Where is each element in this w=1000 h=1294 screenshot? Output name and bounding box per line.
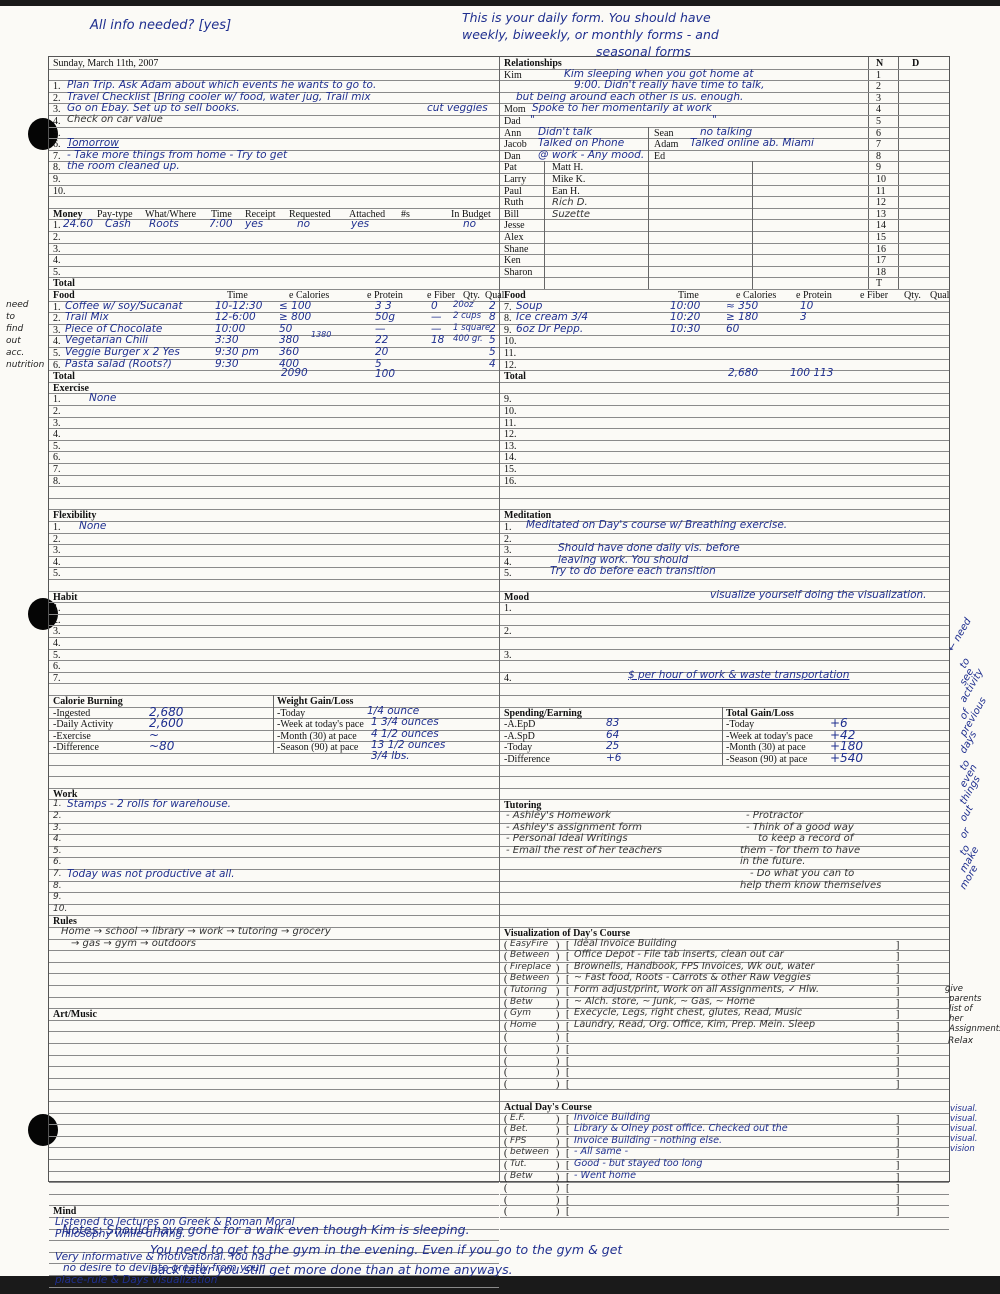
relationship-note[interactable]: no talking	[700, 126, 752, 138]
money-row-number: 4.	[53, 255, 61, 266]
exercise-number: 1.	[53, 394, 61, 405]
visualization-slot[interactable]: Home	[510, 1020, 537, 1030]
relationship-kim-note[interactable]: Kim sleeping when you got home at	[564, 68, 753, 80]
food-protein[interactable]: 50g	[375, 311, 395, 323]
actual-side-note: visual.	[950, 1104, 977, 1114]
meditation-number: 3.	[504, 545, 512, 556]
food-protein[interactable]: 20	[375, 346, 388, 358]
visualization-bracket-open: [	[566, 963, 569, 974]
todo-text[interactable]: Tomorrow	[67, 137, 119, 149]
actual-entry[interactable]: Invoice Building	[574, 1112, 650, 1123]
money-receipt[interactable]: yes	[245, 218, 263, 230]
money-attached[interactable]: yes	[351, 218, 369, 230]
food-row-number: 2.	[53, 313, 61, 324]
visualization-bracket-open: [	[566, 1044, 569, 1055]
actual-bracket-close: ]	[896, 1183, 899, 1194]
visualization-paren-close: )	[556, 951, 559, 962]
habit-number: 4.	[53, 638, 61, 649]
money-pay-type[interactable]: Cash	[105, 218, 131, 230]
calorie-weight-divider	[273, 695, 274, 753]
relationship-name: Dad	[504, 116, 521, 127]
flexibility-number: 4.	[53, 557, 61, 568]
mood-number: 1.	[504, 603, 512, 614]
food-qty[interactable]: 2 cups	[453, 311, 481, 321]
visualization-slot[interactable]: Between	[510, 950, 549, 960]
food-item[interactable]: 6oz Dr Pepp.	[516, 323, 583, 335]
actual-paren-close: )	[556, 1114, 559, 1125]
todo-number: 10.	[53, 186, 66, 197]
actual-slot[interactable]: Tut.	[510, 1159, 527, 1169]
food-item[interactable]: Coffee w/ soy/Sucanat	[65, 300, 182, 312]
spending-gain-divider	[722, 707, 723, 765]
food-calories[interactable]: ≥ 800	[279, 311, 311, 323]
relationship-number: 2	[876, 81, 881, 92]
visualization-side-note: parents	[949, 994, 981, 1004]
flexibility-number: 1.	[53, 522, 61, 533]
actual-bracket-close: ]	[896, 1172, 899, 1183]
total-gain-label: -Today	[726, 719, 754, 730]
visualization-bracket-close: ]	[896, 974, 899, 985]
left-margin-word: need	[6, 300, 29, 310]
actual-slot[interactable]: FPS	[510, 1136, 526, 1146]
food-item[interactable]: Piece of Chocolate	[65, 323, 162, 335]
food-row-number: 7.	[504, 302, 512, 313]
food-calories[interactable]: ≤ 100	[279, 300, 311, 312]
spending-value[interactable]: 83	[606, 717, 619, 729]
exercise-number: 3.	[53, 418, 61, 429]
food-qual[interactable]: 5	[489, 334, 496, 346]
visualization-paren-open: (	[504, 1044, 507, 1055]
actual-bracket-open: [	[566, 1114, 569, 1125]
extra-row-number: 16.	[504, 476, 517, 487]
spending-label: -A.EpD	[504, 719, 535, 730]
relationship-number: 6	[876, 128, 881, 139]
food-time[interactable]: 10:30	[670, 323, 700, 335]
todo-extra: cut veggies	[427, 102, 488, 114]
visualization-entry[interactable]: ~ Alch. store, ~ Junk, ~ Gas, ~ Home	[574, 996, 755, 1007]
food-calories[interactable]: 50	[279, 323, 292, 335]
top-left-note: All info needed? [yes]	[90, 18, 231, 33]
meditation-number: 4.	[504, 557, 512, 568]
actual-paren-open: (	[504, 1160, 507, 1171]
todo-number: 1.	[53, 81, 61, 92]
tutoring-right-entry[interactable]: - Protractor	[746, 810, 803, 821]
visualization-paren-open: (	[504, 986, 507, 997]
exercise-entry[interactable]: None	[89, 392, 116, 404]
tutoring-right-entry[interactable]: them - for them to have	[740, 845, 860, 856]
food-item[interactable]: Veggie Burger x 2 Yes	[65, 346, 180, 358]
total-gain-label: -Week at today's pace	[726, 731, 813, 742]
extra-row-number: 15.	[504, 464, 517, 475]
relationship-name: Dan	[504, 151, 521, 162]
food-qty[interactable]: 1 square	[453, 323, 490, 333]
relationship-mom-note[interactable]: Spoke to her momentarily at work	[532, 102, 712, 114]
relationship-note[interactable]: Talked online ab. Miami	[690, 137, 814, 149]
left-margin-word: acc.	[6, 348, 24, 358]
food-protein[interactable]: 22	[375, 334, 388, 346]
spending-value[interactable]: 64	[606, 729, 619, 741]
relationship-name: Jacob	[504, 139, 527, 150]
relationship-note[interactable]: @ work - Any mood.	[538, 149, 644, 161]
visualization-paren-open: (	[504, 963, 507, 974]
tutoring-left-entry[interactable]: - Ashley's Homework	[506, 810, 611, 821]
visualization-slot[interactable]: Betw	[510, 997, 533, 1007]
relationship-name: Paul	[504, 186, 522, 197]
food-qual[interactable]: 4	[489, 358, 496, 370]
food-item[interactable]: Soup	[516, 300, 542, 312]
visualization-entry[interactable]: Ideal Invoice Building	[574, 938, 677, 949]
food-protein[interactable]: 3 3	[375, 300, 392, 312]
work-number: 1.	[53, 799, 62, 809]
work-number: 5.	[53, 846, 62, 856]
relationship-number: 4	[876, 104, 881, 115]
food-calories[interactable]: 60	[726, 323, 739, 335]
relationship-dad-note[interactable]: "	[530, 114, 535, 126]
relationship-name: Alex	[504, 232, 523, 243]
weight-label: -Month (30) at pace	[277, 731, 357, 742]
todo-number: 8.	[53, 162, 61, 173]
food-time[interactable]: 10-12:30	[215, 300, 262, 312]
meditation-number: 5.	[504, 568, 512, 579]
rules-line-2[interactable]: → gas → gym → outdoors	[71, 938, 196, 949]
relationship-number: 9	[876, 162, 881, 173]
food-time[interactable]: 3:30	[215, 334, 239, 346]
relationship-name: Suzette	[552, 209, 590, 220]
relationship-name: Pat	[504, 162, 517, 173]
food-header: Qual	[930, 290, 949, 301]
actual-entry[interactable]: Good - but stayed too long	[574, 1158, 702, 1169]
exercise-number: 4.	[53, 429, 61, 440]
relationship-name: Matt H.	[552, 162, 583, 173]
d-label: D	[912, 58, 919, 69]
money-row-number: 2.	[53, 232, 61, 243]
food-calories[interactable]: 380	[279, 334, 299, 346]
actual-side-note: visual.	[950, 1124, 977, 1134]
tutoring-right-entry[interactable]: to keep a record of	[758, 833, 853, 844]
pair-divider	[648, 127, 649, 289]
work-number: 6.	[53, 857, 62, 867]
actual-bracket-close: ]	[896, 1148, 899, 1159]
spending-value[interactable]: +6	[606, 752, 621, 764]
relationship-name: Adam	[654, 139, 678, 150]
left-margin-word: nutrition	[6, 360, 44, 370]
bottom-note-1: Notes: Should have gone for a walk even …	[62, 1222, 470, 1237]
food-total-calories: 2090	[281, 367, 308, 379]
total-gain-label: -Season (90) at pace	[726, 754, 807, 765]
work-entry[interactable]: Stamps - 2 rolls for warehouse.	[67, 798, 231, 810]
visualization-entry[interactable]: Laundry, Read, Org. Office, Kim, Prep. M…	[574, 1019, 815, 1030]
tutoring-left-entry[interactable]: - Email the rest of her teachers	[506, 845, 662, 856]
todo-text[interactable]: Travel Checklist [Bring cooler w/ food, …	[67, 91, 371, 103]
actual-entry[interactable]: - Went home	[574, 1170, 636, 1181]
actual-bracket-close: ]	[896, 1125, 899, 1136]
visualization-paren-close: )	[556, 940, 559, 951]
actual-bracket-open: [	[566, 1195, 569, 1206]
food-item[interactable]: Vegetarian Chili	[65, 334, 148, 346]
habit-number: 3.	[53, 626, 61, 637]
visualization-bracket-open: [	[566, 1032, 569, 1043]
money-time[interactable]: 7:00	[209, 218, 233, 230]
relationship-name: Larry	[504, 174, 526, 185]
actual-entry[interactable]: Invoice Building - nothing else.	[574, 1135, 722, 1146]
actual-paren-close: )	[556, 1195, 559, 1206]
relationship-note[interactable]: Didn't talk	[538, 126, 592, 138]
top-right-note-2: weekly, biweekly, or monthly forms - and	[462, 27, 719, 42]
actual-paren-close: )	[556, 1137, 559, 1148]
todo-text[interactable]: Check on car value	[67, 114, 163, 125]
rules-line-1[interactable]: Home → school → library → work → tutorin…	[61, 926, 331, 937]
food-time[interactable]: 10:00	[215, 323, 245, 335]
food-qual[interactable]: 2	[489, 323, 496, 335]
spending-title: Spending/Earning	[504, 708, 582, 719]
actual-paren-open: (	[504, 1114, 507, 1125]
relationship-name: Shane	[504, 244, 528, 255]
food-row-number: 12.	[504, 360, 517, 371]
actual-paren-open: (	[504, 1183, 507, 1194]
visualization-paren-close: )	[556, 1021, 559, 1032]
meditation-entry[interactable]: leaving work. You should	[558, 554, 688, 566]
habit-number: 2.	[53, 615, 61, 626]
actual-side-note: vision	[950, 1144, 975, 1154]
todo-number: 3.	[53, 104, 61, 115]
visualization-bracket-open: [	[566, 1009, 569, 1020]
visualization-paren-open: (	[504, 1032, 507, 1043]
todo-text[interactable]: Go on Ebay. Set up to sell books.	[67, 102, 240, 114]
top-right-note-1: This is your daily form. You should have	[462, 10, 711, 25]
meditation-entry[interactable]: Try to do before each transition	[550, 565, 716, 577]
work-number: 9.	[53, 892, 62, 902]
relationship-number: 14	[876, 220, 886, 231]
actual-entry[interactable]: Library & Olney post office. Checked out…	[574, 1123, 788, 1134]
food-row-number: 10.	[504, 336, 517, 347]
food-item[interactable]: Ice cream 3/4	[516, 311, 588, 323]
todo-number: 9.	[53, 174, 61, 185]
food-calories[interactable]: 360	[279, 346, 299, 358]
food-fiber[interactable]: 0	[431, 300, 438, 312]
spending-value[interactable]: 25	[606, 740, 619, 752]
total-gain-title: Total Gain/Loss	[726, 708, 794, 719]
food-calories[interactable]: ≈ 350	[726, 300, 758, 312]
weight-value[interactable]: 1/4 ounce	[367, 705, 419, 717]
work-number: 3.	[53, 823, 62, 833]
daily-form: Sunday, March 11th, 20071.Plan Trip. Ask…	[48, 56, 950, 1182]
n-label: N	[876, 58, 883, 69]
visualization-paren-open: (	[504, 1067, 507, 1078]
actual-paren-close: )	[556, 1172, 559, 1183]
weight-label: -Today	[277, 708, 305, 719]
extra-row-number: 10.	[504, 406, 517, 417]
visualization-entry[interactable]: Office Depot - File tab inserts, clean o…	[574, 949, 784, 960]
actual-paren-open: (	[504, 1137, 507, 1148]
visualization-paren-open: (	[504, 998, 507, 1009]
todo-text[interactable]: the room cleaned up.	[67, 160, 180, 172]
weight-label: -Week at today's pace	[277, 719, 364, 730]
mood-number: 4.	[504, 673, 512, 684]
relationship-name: Ken	[504, 255, 521, 266]
blank-row	[500, 1217, 949, 1230]
food-time[interactable]: 9:30	[215, 358, 239, 370]
actual-bracket-open: [	[566, 1183, 569, 1194]
mood-note[interactable]: $ per hour of work & waste transportatio…	[628, 669, 849, 681]
calorie-label: -Exercise	[53, 731, 91, 742]
habit-number: 5.	[53, 650, 61, 661]
total-gain-label: -Month (30) at pace	[726, 742, 806, 753]
food-item[interactable]: Pasta salad (Roots?)	[65, 358, 172, 370]
relationship-number: 13	[876, 209, 886, 220]
food-protein[interactable]: 10	[800, 300, 813, 312]
food-item[interactable]: Trail Mix	[65, 311, 109, 323]
food-qual[interactable]: 5	[489, 346, 496, 358]
food-row-number: 11.	[504, 348, 516, 359]
food-time[interactable]: 10:20	[670, 311, 700, 323]
tutoring-right-entry[interactable]: - Think of a good way	[746, 822, 854, 833]
left-margin-word: out	[6, 336, 21, 346]
actual-entry[interactable]: - All same -	[574, 1146, 628, 1157]
food-time[interactable]: 9:30 pm	[215, 346, 259, 358]
visualization-paren-open: (	[504, 974, 507, 985]
visualization-slot[interactable]: Tutoring	[510, 985, 547, 995]
visualization-entry[interactable]: Execycle, Legs, right chest, glutes, Rea…	[574, 1007, 802, 1018]
food-header: Qty.	[904, 290, 921, 301]
mood-number: 2.	[504, 626, 512, 637]
money-in-budget[interactable]: no	[463, 218, 476, 230]
mood-title: Mood	[504, 592, 529, 603]
tutoring-right-entry[interactable]: - Do what you can to	[750, 868, 854, 879]
actual-bracket-open: [	[566, 1148, 569, 1159]
food-qty[interactable]: 400 gr.	[453, 334, 483, 344]
actual-paren-close: )	[556, 1148, 559, 1159]
extra-row-number: 9.	[504, 394, 512, 405]
food-fiber[interactable]: 18	[431, 334, 444, 346]
food-qty[interactable]: 20oz	[453, 300, 473, 310]
actual-slot[interactable]: between	[510, 1147, 549, 1157]
bottom-note-2: You need to get to the gym in the evenin…	[150, 1242, 622, 1257]
tutoring-right-entry[interactable]: in the future.	[740, 856, 805, 867]
visualization-side-note: her	[949, 1014, 963, 1024]
actual-slot[interactable]: Bet.	[510, 1124, 528, 1134]
actual-paren-close: )	[556, 1160, 559, 1171]
total-gain-value[interactable]: +540	[830, 751, 863, 765]
visualization-bracket-close: ]	[896, 1044, 899, 1055]
relationship-kim-note[interactable]: 9:00. Didn't really have time to talk,	[574, 79, 764, 91]
actual-bracket-open: [	[566, 1137, 569, 1148]
work-entry[interactable]: Today was not productive at all.	[67, 868, 235, 880]
todo-text[interactable]: Plan Trip. Ask Adam about which events h…	[67, 79, 376, 91]
meditation-number: 1.	[504, 522, 512, 533]
food-protein[interactable]: —	[375, 323, 386, 335]
food-qual[interactable]: 8	[489, 311, 496, 323]
money-row-number: 5.	[53, 267, 61, 278]
money-amount[interactable]: 24.60	[63, 218, 93, 230]
exercise-title: Exercise	[53, 383, 89, 394]
food-row-number: 4.	[53, 336, 61, 347]
meditation-entry[interactable]: Meditated on Day's course w/ Breathing e…	[526, 519, 787, 531]
work-number: 10.	[53, 904, 67, 914]
relationship-dad-ditto: "	[712, 114, 717, 126]
tutoring-left-entry[interactable]: - Ashley's assignment form	[506, 822, 642, 833]
todo-number: 6.	[53, 139, 61, 150]
work-number: 7.	[53, 869, 62, 879]
relationship-number: 16	[876, 244, 886, 255]
relationship-name: Sharon	[504, 267, 532, 278]
relationship-name: Ed	[654, 151, 665, 162]
exercise-number: 6.	[53, 452, 61, 463]
visualization-bracket-close: ]	[896, 963, 899, 974]
visualization-bracket-close: ]	[896, 951, 899, 962]
relationships-title: Relationships	[504, 58, 562, 69]
left-margin-word: to	[6, 312, 15, 322]
money-what[interactable]: Roots	[149, 218, 179, 230]
food-protein[interactable]: 3	[800, 311, 807, 323]
mood-number: 3.	[504, 650, 512, 661]
food-row-number: 9.	[504, 325, 512, 336]
tutoring-right-entry[interactable]: help them know themselves	[740, 880, 881, 891]
actual-bracket-open: [	[566, 1172, 569, 1183]
food-calories-note: 1380	[311, 330, 331, 339]
visualization-entry[interactable]: Form adjust/print, Work on all Assignmen…	[574, 984, 819, 995]
money-requested[interactable]: no	[297, 218, 310, 230]
food-calories[interactable]: ≥ 180	[726, 311, 758, 323]
food-total-protein: 100 113	[790, 367, 833, 379]
money-total-label: Total	[53, 278, 75, 289]
actual-bracket-open: [	[566, 1125, 569, 1136]
visualization-paren-open: (	[504, 940, 507, 951]
weight-value[interactable]: 1 3/4 ounces	[371, 716, 439, 728]
food-row-number: 5.	[53, 348, 61, 359]
relationship-kim-note[interactable]: but being around each other is us. enoug…	[516, 91, 743, 103]
todo-number: 4.	[53, 116, 61, 127]
weight-value[interactable]: 4 1/2 ounces	[371, 728, 439, 740]
calorie-value[interactable]: ~80	[149, 739, 174, 753]
todo-text[interactable]: - Take more things from home - Try to ge…	[67, 149, 287, 161]
visualization-paren-close: )	[556, 974, 559, 985]
food-time[interactable]: 12-6:00	[215, 311, 256, 323]
actual-slot[interactable]: Betw	[510, 1171, 533, 1181]
visualization-paren-open: (	[504, 1056, 507, 1067]
actual-bracket-close: ]	[896, 1160, 899, 1171]
visualization-bracket-open: [	[566, 1056, 569, 1067]
actual-slot[interactable]: E.F.	[510, 1113, 525, 1123]
extra-row-number: 11.	[504, 418, 516, 429]
food-fiber[interactable]: —	[431, 311, 442, 323]
relationship-number: 1	[876, 70, 881, 81]
food-time[interactable]: 10:00	[670, 300, 700, 312]
actual-bracket-close: ]	[896, 1114, 899, 1125]
visualization-entry[interactable]: ~ Fast food, Roots - Carrots & other Raw…	[574, 972, 811, 983]
relationship-name: Jesse	[504, 220, 525, 231]
visualization-paren-close: )	[556, 998, 559, 1009]
food-total-label: Total	[504, 371, 526, 382]
visualization-slot[interactable]: EasyFire	[510, 939, 548, 949]
tutoring-left-entry[interactable]: - Personal Ideal Writings	[506, 833, 628, 844]
visualization-side-note: give	[945, 984, 963, 994]
bottom-note-3: back later you still get more done than …	[150, 1262, 513, 1277]
visualization-entry[interactable]: Brownells, Handbook, FPS Invoices, Wk ou…	[574, 961, 814, 972]
visualization-slot[interactable]: Between	[510, 973, 549, 983]
relationship-note[interactable]: Talked on Phone	[538, 137, 624, 149]
art-music-title: Art/Music	[53, 1009, 97, 1020]
relationship-name: Kim	[504, 70, 522, 81]
food-qual[interactable]: 2	[489, 300, 496, 312]
visualization-slot[interactable]: Gym	[510, 1008, 531, 1018]
visualization-paren-close: )	[556, 1044, 559, 1055]
meditation-entry[interactable]: Should have done daily vis. before	[558, 542, 740, 554]
food-fiber[interactable]: —	[431, 323, 442, 335]
relationship-name: Mike K.	[552, 174, 585, 185]
left-margin-word: find	[6, 324, 23, 334]
flexibility-entry[interactable]: None	[79, 520, 106, 532]
visualization-slot[interactable]: Fireplace	[510, 962, 551, 972]
